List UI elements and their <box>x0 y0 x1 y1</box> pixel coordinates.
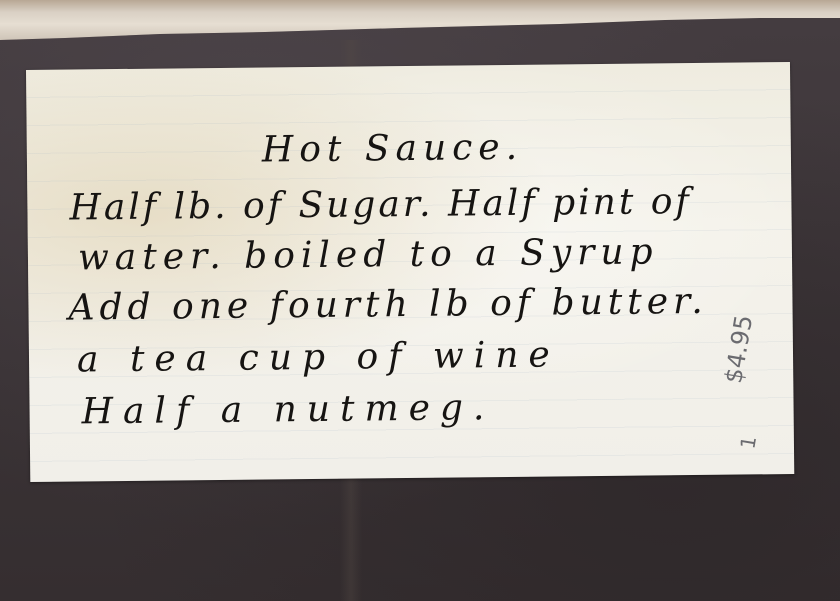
pencil-price-notation: $4.95 <box>719 313 758 385</box>
recipe-line-2: water. boiled to a Syrup <box>78 231 659 278</box>
recipe-line-1: Half lb. of Sugar. Half pint of <box>69 181 692 229</box>
pencil-mark: 1 <box>735 434 761 450</box>
recipe-note: Hot Sauce. Half lb. of Sugar. Half pint … <box>26 62 794 482</box>
recipe-line-4: a tea cup of wine <box>77 334 560 380</box>
recipe-line-5: Half a nutmeg. <box>81 387 494 432</box>
recipe-title: Hot Sauce. <box>262 127 524 171</box>
recipe-line-3: Add one fourth lb of butter. <box>68 281 708 329</box>
